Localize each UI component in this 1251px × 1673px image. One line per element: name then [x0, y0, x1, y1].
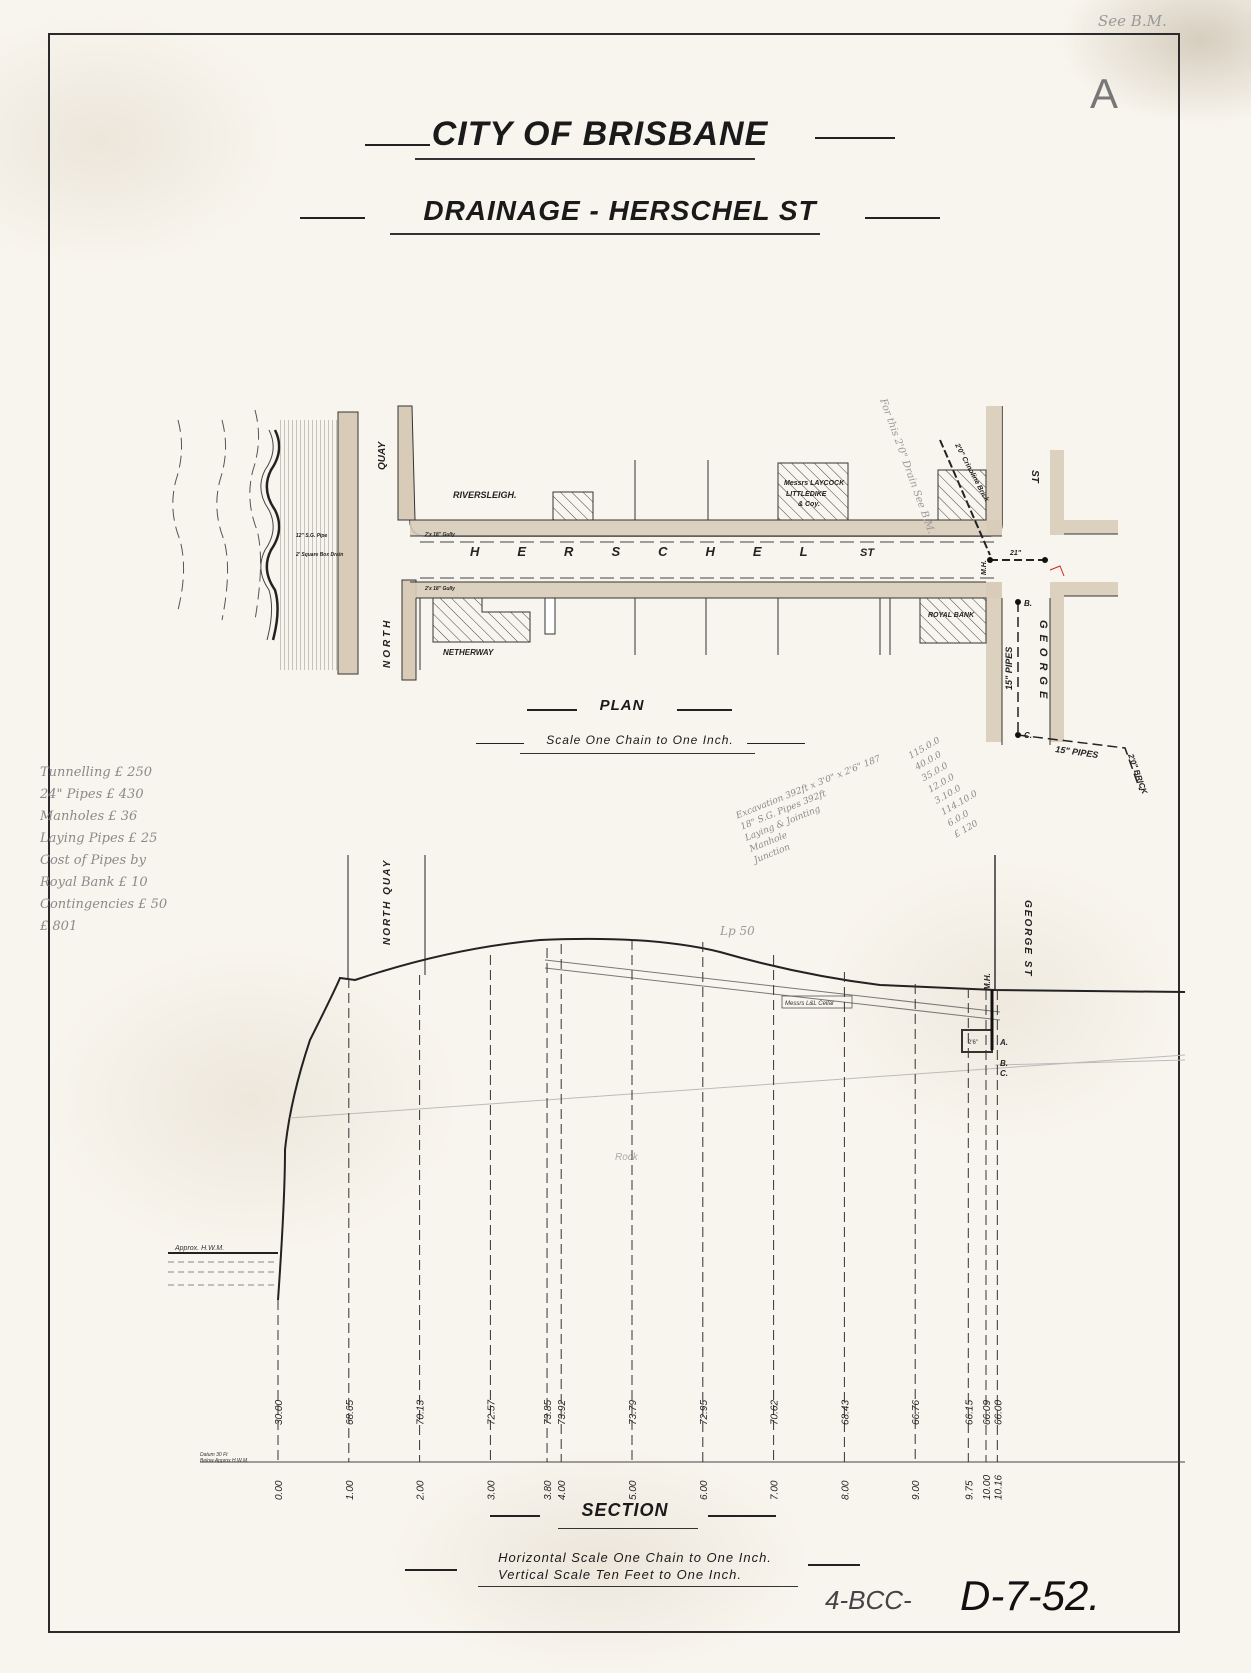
river-shoreline: [173, 410, 279, 640]
point-c-label: C.: [1024, 731, 1032, 740]
level-label: 73.92: [557, 1400, 568, 1425]
chainage-label: 8.00: [840, 1480, 851, 1500]
level-label: 68.65: [345, 1400, 356, 1425]
pipe-21-label: 21": [1009, 550, 1022, 557]
chainage-label: 3.00: [486, 1480, 497, 1500]
level-label: 66.76: [911, 1400, 922, 1425]
chainage-label: 5.00: [628, 1480, 639, 1500]
chainage-label: 0.00: [274, 1480, 285, 1500]
plan-scale: Scale One Chain to One Inch.: [540, 733, 740, 747]
margin-note-line: £ 801: [40, 919, 77, 934]
svg-text:LITTLEDIKE: LITTLEDIKE: [786, 491, 827, 498]
box-size-label: 2'6": [968, 1040, 978, 1046]
george-st-suffix: ST: [1029, 470, 1040, 484]
red-mark: [1050, 566, 1064, 576]
plan-rule-right: [677, 709, 732, 711]
chainage-label: 9.75: [964, 1480, 975, 1500]
north-quay-top-label: QUAY: [377, 441, 388, 470]
section-point-a: A.: [999, 1038, 1008, 1047]
section-point-c: C.: [1000, 1069, 1008, 1078]
rock-note: Rock: [615, 1152, 639, 1163]
level-label: 66.15: [964, 1400, 975, 1425]
plan-rule-left: [527, 709, 577, 711]
chainage-label: 2.00: [416, 1480, 427, 1501]
chainage-label: 6.00: [699, 1480, 710, 1500]
north-quay-kerb-west: [338, 412, 358, 674]
gully-label-1: 2'x 18" Gully: [424, 532, 455, 538]
north-quay-bottom-label: NORTH: [382, 618, 393, 668]
pencil-note: For this 2'0" Drain See B.M.: [877, 396, 937, 535]
margin-note-line: Tunnelling £ 250: [40, 765, 152, 780]
george-st-label: GEORGE: [1037, 620, 1049, 704]
chainage-label: 1.00: [345, 1480, 356, 1500]
section-north-quay-label: NORTH QUAY: [382, 859, 393, 945]
herschel-kerb-south: [410, 582, 1002, 598]
svg-text:& Coy.: & Coy.: [798, 501, 820, 508]
chainage-label: 9.00: [911, 1480, 922, 1500]
level-label: 73.79: [628, 1400, 639, 1425]
svg-text:Below Approx H.W.M.: Below Approx H.W.M.: [200, 1458, 249, 1464]
level-label: 68.43: [840, 1400, 851, 1425]
drawing-canvas: RIVERSLEIGH. Messrs LAYCOCK LITTLEDIKE &…: [0, 0, 1251, 1673]
chainage-label: 4.00: [557, 1480, 568, 1500]
pencil-mark: Lp 50: [719, 924, 755, 938]
hwm-label: Approx. H.W.M.: [174, 1245, 224, 1252]
property-netherway: NETHERWAY: [443, 648, 494, 657]
building-netherway: [433, 598, 530, 642]
level-label: 30.00: [274, 1400, 285, 1425]
reference-prefix: 4-BCC-: [825, 1585, 912, 1616]
herschel-st-suffix: ST: [860, 547, 875, 559]
section-mh-label: M.H.: [983, 973, 992, 990]
margin-note-line: Laying Pipes £ 25: [40, 831, 157, 846]
pipes-15-vertical-label: 15" PIPES: [1004, 647, 1014, 690]
herschel-kerb-north: [410, 520, 1002, 536]
plan-heading: PLAN: [582, 697, 662, 714]
level-label: 72.57: [486, 1400, 497, 1425]
north-quay-kerb-east-top: [398, 406, 415, 520]
brick-20-label: 2'0" BRICK: [1126, 752, 1150, 797]
section-heading: SECTION: [570, 1500, 680, 1521]
george-kerb-west-top: [986, 406, 1002, 536]
building-hatch-1: [553, 492, 593, 520]
section-point-b: B.: [1000, 1059, 1008, 1068]
pipes-15-horizontal-label: 15" PIPES: [1055, 744, 1099, 760]
herschel-st-label: HERSCHEL: [470, 544, 846, 559]
square-box-label: 2' Square Box Drain: [295, 552, 343, 558]
george-kerb-east-bottom: [1050, 582, 1064, 742]
margin-note-line: Royal Bank £ 10: [40, 875, 148, 890]
level-label: 72.95: [699, 1400, 710, 1425]
level-label: 66.09: [982, 1400, 993, 1425]
pipe-12-label: 12" S.G. Pipe: [296, 533, 327, 539]
margin-note-line: Cost of Pipes by: [40, 853, 146, 868]
level-label: 70.13: [416, 1400, 427, 1425]
chainage-label: 3.80: [543, 1480, 554, 1500]
section-george-st-label: GEORGE ST: [1022, 900, 1033, 977]
building-royal-bank: [920, 598, 986, 643]
level-label: 73.85: [543, 1400, 554, 1425]
mh-label: M.H.: [981, 560, 988, 575]
margin-note-line: Contingencies £ 50: [40, 897, 167, 912]
section-scale-vertical: Vertical Scale Ten Feet to One Inch.: [480, 1567, 760, 1582]
reference-number: D-7-52.: [960, 1572, 1100, 1620]
level-label: 66.00: [993, 1400, 1004, 1425]
margin-note-line: 24" Pipes £ 430: [40, 787, 144, 802]
point-b-label: B.: [1024, 599, 1032, 608]
george-kerb-west-bottom: [986, 582, 1002, 742]
quay-embankment-hatch: [280, 420, 338, 670]
section-profile: NORTH QUAY GEORGE ST M.H. 2'6" A. B. C. …: [168, 855, 1185, 1464]
property-laycock: Messrs LAYCOCK: [784, 480, 845, 487]
george-kerb-east-top: [1050, 450, 1064, 535]
chainage-label: 7.00: [770, 1480, 781, 1500]
gully-label-2: 2'x 18" Gully: [424, 586, 455, 592]
chainage-verticals: 30.000.0068.651.0070.132.0072.573.0073.8…: [274, 940, 1004, 1501]
chainage-label: 10.16: [993, 1475, 1004, 1500]
margin-note-line: Manholes £ 36: [40, 809, 137, 824]
section-scale-horizontal: Horizontal Scale One Chain to One Inch.: [480, 1550, 790, 1565]
property-royal-bank: ROYAL BANK: [928, 612, 975, 619]
property-riversleigh: RIVERSLEIGH.: [453, 490, 517, 500]
culvert-note: Messrs L&L Cellar: [785, 1001, 835, 1007]
chainage-label: 10.00: [982, 1475, 993, 1500]
level-label: 70.62: [770, 1400, 781, 1425]
